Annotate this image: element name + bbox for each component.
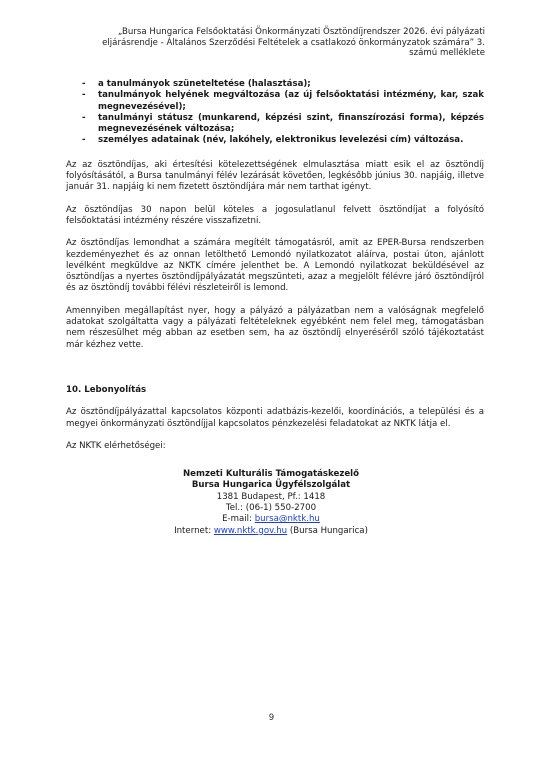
- document-page: „Bursa Hungarica Felsőoktatási Önkormány…: [0, 0, 543, 768]
- list-item: - személyes adatainak (név, lakóhely, el…: [66, 135, 484, 146]
- paragraph-claim-loss: Az az ösztöndíjas, aki értesítési kötele…: [66, 160, 484, 194]
- dash-bullet-icon: -: [82, 79, 86, 90]
- list-item: - tanulmányi státusz (munkarend, képzési…: [66, 113, 484, 136]
- email-link[interactable]: bursa@nktk.hu: [255, 514, 320, 524]
- list-item: - a tanulmányok szüneteltetése (halasztá…: [66, 79, 484, 90]
- paragraph-false-data: Amennyiben megállapítást nyer, hogy a pá…: [66, 306, 484, 351]
- header-line-1: „Bursa Hungarica Felsőoktatási Önkormány…: [45, 27, 485, 38]
- paragraph-repayment: Az ösztöndíjas 30 napon belül köteles a …: [66, 205, 484, 228]
- change-list: - a tanulmányok szüneteltetése (halasztá…: [66, 79, 484, 147]
- dash-bullet-icon: -: [82, 135, 86, 146]
- list-item: - tanulmányok helyének megváltozása (az …: [66, 90, 484, 113]
- web-suffix: (Bursa Hungarica): [287, 526, 368, 536]
- header-line-3: számú melléklete: [45, 48, 485, 59]
- list-item-text: tanulmányok helyének megváltozása (az új…: [98, 90, 484, 113]
- website-link[interactable]: www.nktk.gov.hu: [214, 526, 287, 536]
- contact-web-row: Internet: www.nktk.gov.hu (Bursa Hungari…: [58, 526, 484, 537]
- contact-organization: Nemzeti Kulturális Támogatáskezelő: [58, 469, 484, 480]
- dash-bullet-icon: -: [82, 113, 86, 124]
- paragraph-contacts-intro: Az NKTK elérhetőségei:: [66, 441, 484, 452]
- paragraph-administration: Az ösztöndíjpályázattal kapcsolatos közp…: [66, 407, 484, 430]
- paragraph-waiver: Az ösztöndíjas lemondhat a számára megít…: [66, 238, 484, 294]
- page-number: 9: [0, 713, 543, 723]
- email-label: E-mail:: [222, 514, 255, 524]
- contact-department: Bursa Hungarica Ügyfélszolgálat: [58, 480, 484, 491]
- section-heading: 10. Lebonyolítás: [66, 385, 484, 396]
- page-content: - a tanulmányok szüneteltetése (halasztá…: [66, 79, 484, 537]
- contact-address: 1381 Budapest, Pf.: 1418: [58, 492, 484, 503]
- web-label: Internet:: [174, 526, 214, 536]
- list-item-text: tanulmányi státusz (munkarend, képzési s…: [98, 113, 484, 136]
- page-header: „Bursa Hungarica Felsőoktatási Önkormány…: [45, 27, 485, 59]
- list-item-text: a tanulmányok szüneteltetése (halasztása…: [98, 79, 484, 90]
- contact-email-row: E-mail: bursa@nktk.hu: [58, 514, 484, 525]
- contact-block: Nemzeti Kulturális Támogatáskezelő Bursa…: [58, 469, 484, 537]
- contact-phone: Tel.: (06-1) 550-2700: [58, 503, 484, 514]
- dash-bullet-icon: -: [82, 90, 86, 101]
- list-item-text: személyes adatainak (név, lakóhely, elek…: [98, 135, 484, 146]
- header-line-2: eljárásrendje - Általános Szerződési Fel…: [45, 38, 485, 49]
